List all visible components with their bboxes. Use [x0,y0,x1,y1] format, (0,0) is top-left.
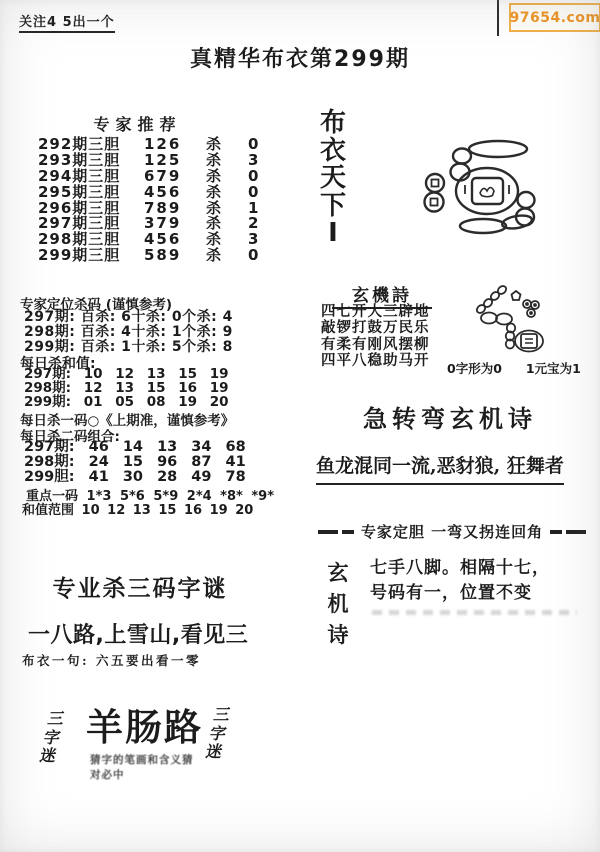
xuanji-poem-lines: 四七开大三辟地 敲锣打鼓万民乐 有柔有刚风摆柳 四平八稳助马开 [321,304,430,369]
three-char-answer: 羊肠路 [86,697,203,751]
poem-line: 有柔有刚风摆柳 [321,337,430,353]
three-char-label-left: 三 字 迷 [38,710,66,766]
page-title: 真精华布衣第299期 [0,42,600,73]
riddle-line: 一八路,上雪山,看见三 [28,618,248,649]
legend-zero: 0字形为0 [447,359,502,377]
xuanji-vertical-label: 玄 机 诗 [326,558,350,651]
daily-sum-kill-rows: 297期: 10 12 13 15 19 298期: 12 13 15 16 1… [24,368,229,410]
expert-recommend-title: 专家推荐 [20,112,255,135]
numbers-cell: 589 [144,248,206,264]
watermark-site-link[interactable]: 97654.com [509,3,600,32]
hint-line: 号码有一，位置不变 [370,581,550,606]
sum-range-line: 和值范围 10 12 13 15 16 19 20 [22,499,253,518]
dash-decoration [550,530,562,534]
top-note: 关注4 5出一个 [19,11,115,33]
list-item: 299胆: 41 30 28 49 78 [24,470,246,485]
table-row: 299期三胆 589 杀 0 [38,248,259,264]
expert-dan-text: 专家定胆 一弯又拐连回角 [361,521,543,542]
sharp-turn-title: 急转弯玄机诗 [315,399,585,434]
buyi-tianxia-vertical-title: 布 衣 天 下 I [318,110,348,248]
lottery-tip-sheet: 关注4 5出一个 97654.com 真精华布衣第299期 专家推荐 292期三… [0,0,600,852]
list-item: 298期: 百杀: 4十杀: 1个杀: 9 [24,325,233,340]
daily-two-kill-rows: 297期: 46 14 13 34 68 298期: 24 15 96 87 4… [24,440,246,485]
faded-illegible-text [372,610,577,615]
sharp-turn-line: 鱼龙混同一流,恶豺狼, 狂舞者 [316,451,564,485]
list-item: 297期: 百杀: 6十杀: 0个杀: 4 [24,310,233,325]
three-char-note: 对必中 [90,767,125,782]
position-kill-rows: 297期: 百杀: 6十杀: 0个杀: 4 298期: 百杀: 4十杀: 1个杀… [24,310,233,355]
dash-decoration [318,530,338,534]
kill-value-cell: 0 [248,248,259,264]
poem-line: 敲锣打鼓万民乐 [321,320,430,336]
bead-ingot-drawing [452,283,550,355]
buyi-sentence: 布衣一句: 六五要出看一零 [22,651,201,669]
dash-decoration [342,530,354,534]
expert-recommend-table: 292期三胆 126 杀 0 293期三胆 125 杀 3 294期三胆 679… [38,137,259,264]
poem-line: 四七开大三辟地 [321,304,430,320]
hint-line: 七手八脚。相隔十七， [370,556,550,581]
xuanji-hint-text: 七手八脚。相隔十七， 号码有一，位置不变 [370,556,550,606]
dash-decoration [566,530,586,534]
drawing-legend: 0字形为0 1元宝为1 [447,359,581,377]
stone-arrangement-drawing [420,126,546,236]
list-item: 299期: 01 05 08 19 20 [24,396,229,410]
three-char-note: 猜字的笔画和含义猜 [90,752,194,767]
three-char-label-right: 三 字 迷 [204,706,232,762]
header-divider-line [497,0,499,36]
riddle-title: 专业杀三码字谜 [10,570,270,603]
list-item: 297期: 46 14 13 34 68 [24,440,246,455]
expert-dan-banner: 专家定胆 一弯又拐连回角 [312,521,592,542]
list-item: 298期: 24 15 96 87 41 [24,455,246,470]
period-cell: 299期三胆 [38,248,144,264]
kill-label-cell: 杀 [206,248,248,264]
legend-one: 1元宝为1 [526,359,581,377]
poem-line: 四平八稳助马开 [321,353,430,369]
